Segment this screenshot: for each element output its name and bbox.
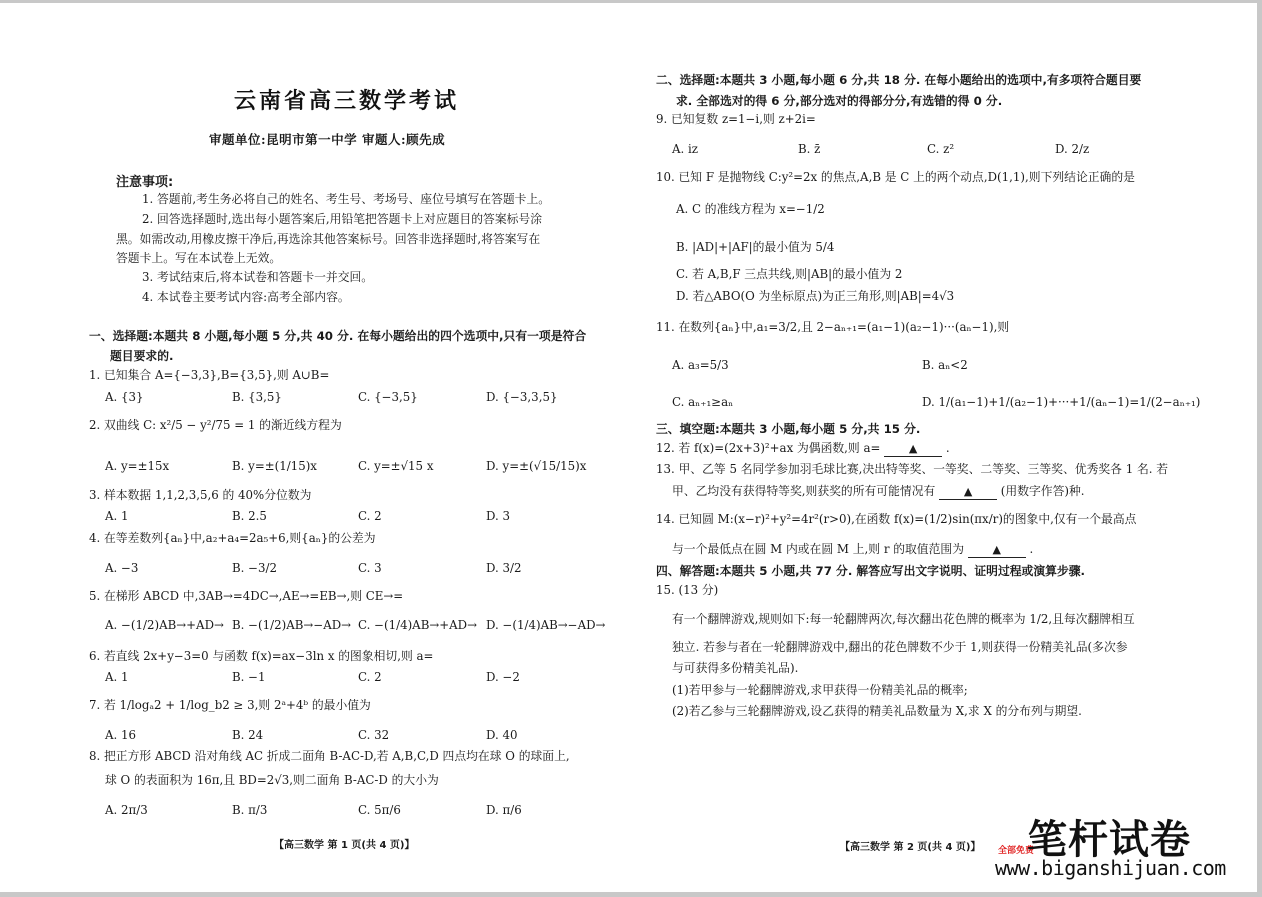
question-4-stem: 4. 在等差数列{aₙ}中,a₂+a₄=2a₅+6,则{aₙ}的公差为	[89, 531, 376, 546]
exam-subtitle: 审题单位:昆明市第一中学 审题人:顾先成	[209, 130, 445, 148]
question-12-tail: .	[946, 441, 950, 455]
q1-option-d: D. {−3,3,5}	[486, 390, 557, 404]
q9-option-c: C. z²	[927, 142, 954, 156]
q11-option-a: A. a₃=5/3	[672, 358, 729, 372]
question-15-part1: (1)若甲参与一轮翻牌游戏,求甲获得一份精美礼品的概率;	[672, 683, 968, 698]
question-15-head: 15. (13 分)	[656, 583, 718, 598]
question-15-line1: 有一个翻牌游戏,规则如下:每一轮翻牌两次,每次翻出花色牌的概率为 1/2,且每次…	[672, 612, 1135, 627]
q9-option-a: A. iz	[672, 142, 698, 156]
question-15-line3: 与可获得多份精美礼品).	[672, 661, 798, 676]
q5-option-a: A. −(1/2)AB→+AD→	[105, 618, 224, 632]
q8-option-d: D. π/6	[486, 803, 522, 817]
section-3-heading: 三、填空题:本题共 3 小题,每小题 5 分,共 15 分.	[656, 420, 920, 437]
q3-option-c: C. 2	[358, 509, 382, 523]
q7-option-a: A. 16	[105, 728, 136, 742]
answer-blank[interactable]: ▲	[884, 441, 942, 457]
q2-option-d: D. y=±(√15/15)x	[486, 459, 586, 473]
question-13-tail: (用数字作答)种.	[1001, 484, 1085, 498]
q8-option-c: C. 5π/6	[358, 803, 401, 817]
page-1-footer: 【高三数学 第 1 页(共 4 页)】	[274, 836, 414, 851]
q3-option-d: D. 3	[486, 509, 510, 523]
question-2-stem: 2. 双曲线 C: x²/5 − y²/75 = 1 的渐近线方程为	[89, 418, 342, 433]
q5-option-d: D. −(1/4)AB→−AD→	[486, 618, 605, 632]
question-14-tail: .	[1030, 542, 1034, 556]
question-5-stem: 5. 在梯形 ABCD 中,3AB→=4DC→,AE→=EB→,则 CE→=	[89, 589, 403, 604]
question-7-stem: 7. 若 1/logₐ2 + 1/log_b2 ≥ 3,则 2ᵃ+4ᵇ 的最小值…	[89, 698, 371, 713]
notice-2a: 2. 回答选择题时,选出每小题答案后,用铅笔把答题卡上对应题目的答案标号涂	[142, 212, 542, 227]
question-12: 12. 若 f(x)=(2x+3)²+ax 为偶函数,则 a= ▲ .	[656, 441, 950, 457]
answer-blank[interactable]: ▲	[939, 484, 997, 500]
q4-option-b: B. −3/2	[232, 561, 277, 575]
question-1-stem: 1. 已知集合 A={−3,3},B={3,5},则 A∪B=	[89, 368, 329, 383]
q11-option-c: C. aₙ₊₁≥aₙ	[672, 395, 733, 409]
q7-option-d: D. 40	[486, 728, 518, 742]
q4-option-d: D. 3/2	[486, 561, 522, 575]
q9-option-d: D. 2/z	[1055, 142, 1089, 156]
question-15-line2: 独立. 若参与者在一轮翻牌游戏中,翻出的花色牌数不少于 1,则获得一份精美礼品(…	[672, 640, 1128, 655]
question-3-stem: 3. 样本数据 1,1,2,3,5,6 的 40%分位数为	[89, 488, 311, 503]
q11-option-b: B. aₙ<2	[922, 358, 968, 372]
q4-option-a: A. −3	[105, 561, 138, 575]
notice-3: 3. 考试结束后,将本试卷和答题卡一并交回。	[142, 270, 373, 285]
q10-option-c: C. 若 A,B,F 三点共线,则|AB|的最小值为 2	[676, 265, 902, 282]
question-8-stem-line2: 球 O 的表面积为 16π,且 BD=2√3,则二面角 B-AC-D 的大小为	[105, 773, 439, 788]
q6-option-d: D. −2	[486, 670, 520, 684]
q1-option-b: B. {3,5}	[232, 390, 282, 404]
question-11-stem: 11. 在数列{aₙ}中,a₁=3/2,且 2−aₙ₊₁=(a₁−1)(a₂−1…	[656, 320, 1009, 335]
notice-heading: 注意事项:	[116, 171, 173, 190]
notice-1: 1. 答题前,考生务必将自己的姓名、考生号、考场号、座位号填写在答题卡上。	[142, 192, 550, 207]
question-9-stem: 9. 已知复数 z=1−i,则 z+2i=	[656, 112, 816, 127]
q7-option-b: B. 24	[232, 728, 263, 742]
q6-option-a: A. 1	[105, 670, 129, 684]
question-14-line2: 与一个最低点在圆 M 内或在圆 M 上,则 r 的取值范围为 ▲ .	[672, 542, 1033, 558]
q8-option-a: A. 2π/3	[105, 803, 148, 817]
q1-option-a: A. {3}	[105, 390, 144, 404]
answer-blank[interactable]: ▲	[968, 542, 1026, 558]
notice-2b: 黑。如需改动,用橡皮擦干净后,再选涂其他答案标号。回答非选择题时,将答案写在	[116, 232, 540, 247]
frame-right-border	[1257, 0, 1262, 897]
q4-option-c: C. 3	[358, 561, 382, 575]
question-13-line2: 甲、乙均没有获得特等奖,则获奖的所有可能情况有 ▲ (用数字作答)种.	[672, 484, 1085, 500]
question-13-text: 甲、乙均没有获得特等奖,则获奖的所有可能情况有	[672, 484, 935, 498]
q1-option-c: C. {−3,5}	[358, 390, 418, 404]
q7-option-c: C. 32	[358, 728, 389, 742]
q10-option-b: B. |AD|+|AF|的最小值为 5/4	[676, 238, 834, 255]
section-1-heading: 一、选择题:本题共 8 小题,每小题 5 分,共 40 分. 在每小题给出的四个…	[89, 327, 586, 344]
q2-option-c: C. y=±√15 x	[358, 459, 433, 473]
question-14-line1: 14. 已知圆 M:(x−r)²+y²=4r²(r>0),在函数 f(x)=(1…	[656, 512, 1136, 527]
question-8-stem-line1: 8. 把正方形 ABCD 沿对角线 AC 折成二面角 B-AC-D,若 A,B,…	[89, 749, 570, 764]
question-14-text: 与一个最低点在圆 M 内或在圆 M 上,则 r 的取值范围为	[672, 542, 964, 556]
exam-title: 云南省高三数学考试	[234, 84, 459, 115]
frame-bottom-border	[0, 892, 1262, 897]
q11-option-d: D. 1/(a₁−1)+1/(a₂−1)+···+1/(aₙ−1)=1/(2−a…	[922, 395, 1200, 409]
page-2-footer: 【高三数学 第 2 页(共 4 页)】	[840, 838, 980, 853]
question-10-stem: 10. 已知 F 是抛物线 C:y²=2x 的焦点,A,B 是 C 上的两个动点…	[656, 170, 1135, 185]
q5-option-c: C. −(1/4)AB→+AD→	[358, 618, 477, 632]
q10-option-a: A. C 的准线方程为 x=−1/2	[676, 200, 825, 217]
section-4-heading: 四、解答题:本题共 5 小题,共 77 分. 解答应写出文字说明、证明过程或演算…	[656, 562, 1085, 579]
section-1-heading-cont: 题目要求的.	[110, 347, 173, 364]
watermark-url[interactable]: www.biganshijuan.com	[995, 856, 1226, 880]
q5-option-b: B. −(1/2)AB→−AD→	[232, 618, 351, 632]
question-6-stem: 6. 若直线 2x+y−3=0 与函数 f(x)=ax−3ln x 的图象相切,…	[89, 649, 433, 664]
frame-top-border	[0, 0, 1262, 3]
q3-option-b: B. 2.5	[232, 509, 267, 523]
section-2-heading-cont: 求. 全部选对的得 6 分,部分选对的得部分分,有选错的得 0 分.	[676, 92, 1002, 109]
q8-option-b: B. π/3	[232, 803, 267, 817]
notice-2c: 答题卡上。写在本试卷上无效。	[116, 251, 281, 266]
q6-option-b: B. −1	[232, 670, 266, 684]
notice-4: 4. 本试卷主要考试内容:高考全部内容。	[142, 290, 350, 305]
q6-option-c: C. 2	[358, 670, 382, 684]
section-2-heading: 二、选择题:本题共 3 小题,每小题 6 分,共 18 分. 在每小题给出的选项…	[656, 71, 1141, 88]
q2-option-b: B. y=±(1/15)x	[232, 459, 317, 473]
q9-option-b: B. z̄	[798, 142, 820, 156]
q10-option-d: D. 若△ABO(O 为坐标原点)为正三角形,则|AB|=4√3	[676, 287, 954, 304]
question-15-part2: (2)若乙参与三轮翻牌游戏,设乙获得的精美礼品数量为 X,求 X 的分布列与期望…	[672, 704, 1082, 719]
q3-option-a: A. 1	[105, 509, 129, 523]
q2-option-a: A. y=±15x	[105, 459, 169, 473]
question-13-line1: 13. 甲、乙等 5 名同学参加羽毛球比赛,决出特等奖、一等奖、二等奖、三等奖、…	[656, 462, 1168, 477]
question-12-stem: 12. 若 f(x)=(2x+3)²+ax 为偶函数,则 a=	[656, 441, 880, 455]
